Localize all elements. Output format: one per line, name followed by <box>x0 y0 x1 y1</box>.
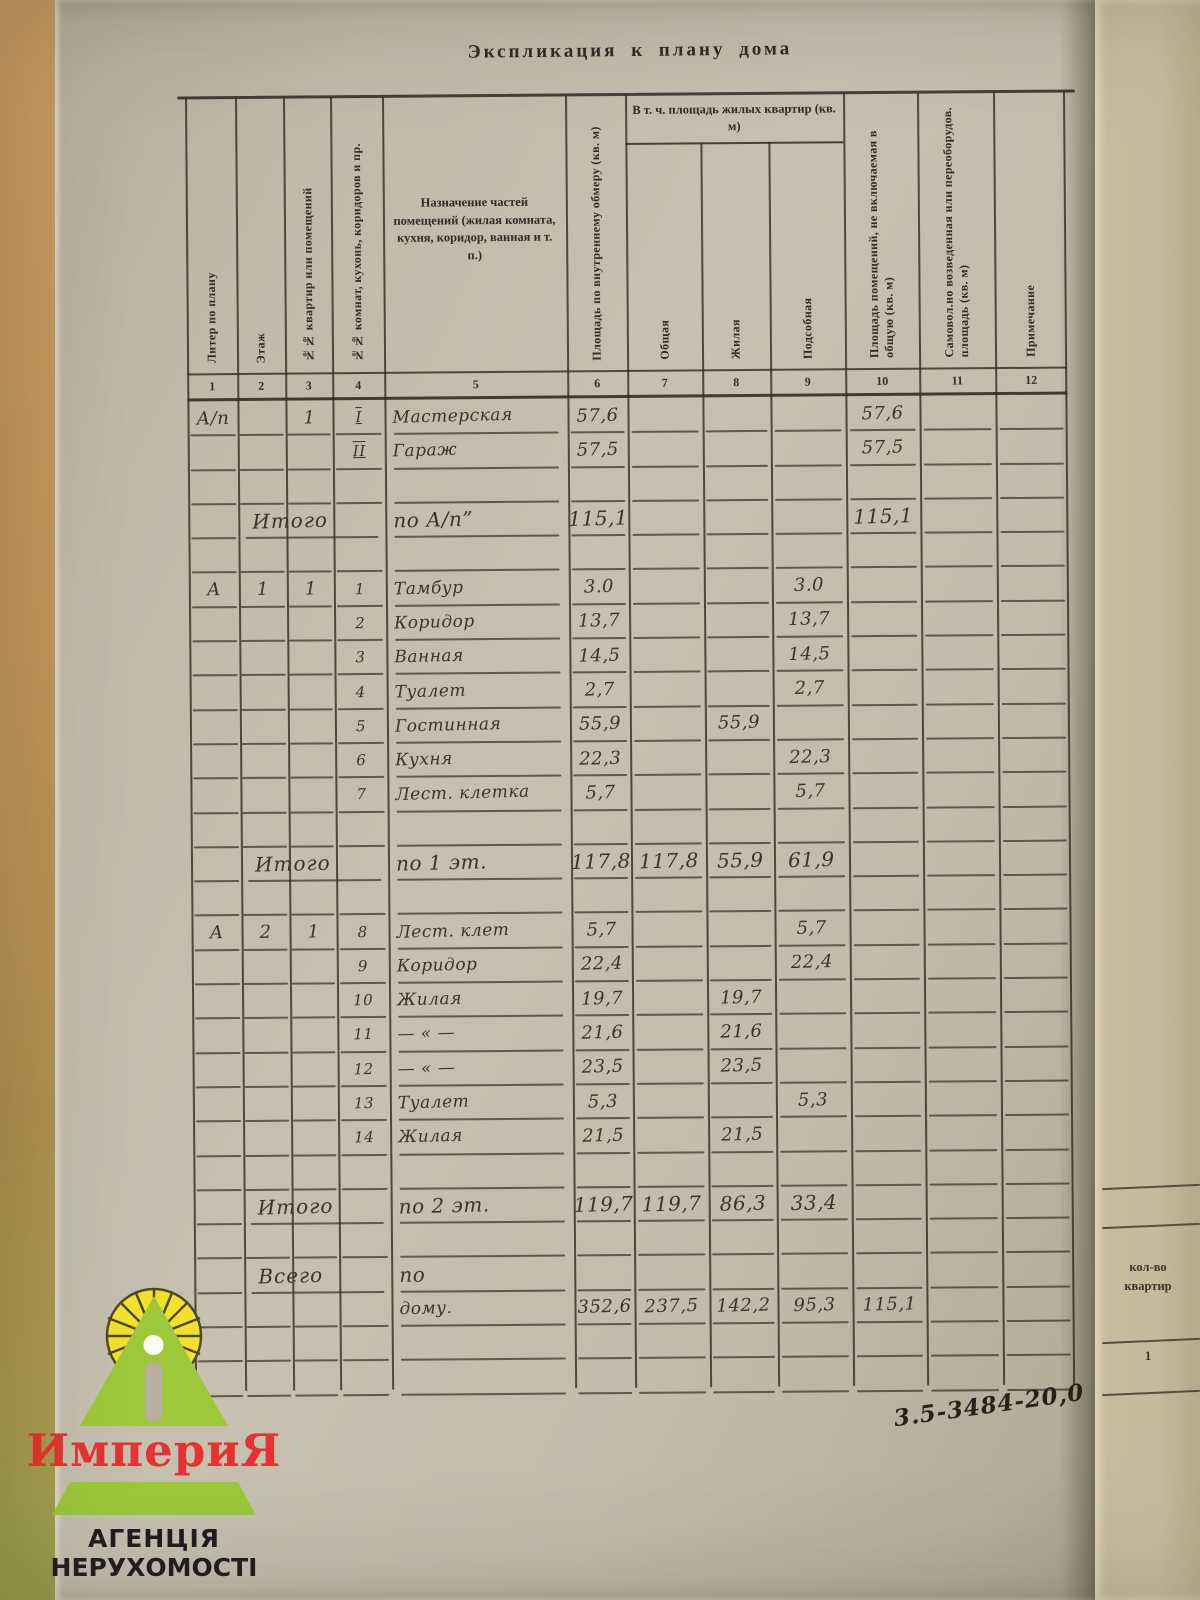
handwritten-value: 61,9 <box>788 847 835 872</box>
cell-c8-row1 <box>702 397 770 432</box>
handwritten-value: 1 <box>304 578 316 599</box>
cell-c6-row23 <box>573 1152 633 1187</box>
cell-c2-row25 <box>244 1224 292 1259</box>
cell-c12-row11 <box>998 737 1070 772</box>
cell-c3-row22 <box>291 1121 338 1156</box>
cell-c9-row16: 5,7 <box>774 911 849 946</box>
cell-c5-row1: Мастерская <box>384 398 567 434</box>
cell-c4-row5 <box>333 537 385 572</box>
cell-c8-row16 <box>706 911 774 946</box>
handwritten-value: 10 <box>353 991 374 1010</box>
cell-c6-row15 <box>571 878 631 913</box>
cell-c2-row6: 1 <box>239 572 287 607</box>
cell-c9-row11: 22,3 <box>773 739 848 774</box>
cell-c4-row1: I <box>332 400 384 435</box>
column-number: 8 <box>702 371 770 395</box>
header-unauthorized-area-label: Самовол.но возведенная или переоборудов.… <box>940 99 972 357</box>
cell-c12-row28 <box>1003 1321 1075 1356</box>
cell-c5-row15 <box>388 879 571 915</box>
logo-subtitle-line1: АГЕНЦІЯ <box>88 1524 220 1553</box>
handwritten-value: — « — <box>397 1023 455 1044</box>
cell-c4-row13 <box>336 811 388 846</box>
cell-c6-row19: 21,6 <box>572 1015 632 1050</box>
cell-c10-row25 <box>852 1219 926 1254</box>
cell-c6-row20: 23,5 <box>572 1050 632 1085</box>
cell-c11-row5 <box>920 532 996 567</box>
cell-c9-row27: 95,3 <box>777 1288 852 1323</box>
cell-c6-row29 <box>575 1358 635 1393</box>
handwritten-value: 3.0 <box>794 574 825 596</box>
handwritten-value: 237,5 <box>645 1295 700 1317</box>
cell-c12-row3 <box>996 463 1068 498</box>
cell-c2-row10 <box>240 709 288 744</box>
cell-c10-row22 <box>851 1116 925 1151</box>
cell-c10-row9 <box>848 670 922 705</box>
cell-c9-row29 <box>778 1357 853 1392</box>
logo-brand-text: ИмпериЯ <box>27 1424 282 1477</box>
cell-c7-row3 <box>628 466 703 501</box>
table-body: А/п1IМастерская57,657,6IIГараж57,557,5Ит… <box>187 395 1075 1396</box>
handwritten-value: 22,4 <box>581 953 624 975</box>
cell-c11-row29 <box>927 1355 1003 1390</box>
side-page-flat-count-value: 1 <box>1100 1348 1196 1364</box>
cell-c10-row17 <box>850 944 924 979</box>
cell-c1-row19 <box>192 1018 242 1053</box>
header-total-area-label: Общая <box>657 320 672 360</box>
header-note: Примечание <box>993 92 1067 368</box>
cell-c11-row4 <box>920 498 996 533</box>
cell-c2-row2 <box>238 435 286 470</box>
handwritten-value: 2 <box>259 922 271 943</box>
cell-c6-row1: 57,6 <box>567 398 627 433</box>
cell-c8-row28 <box>710 1323 778 1358</box>
handwritten-value: по 2 эт. <box>398 1192 489 1218</box>
cell-c9-row18 <box>775 979 850 1014</box>
column-number: 7 <box>627 371 702 395</box>
cell-c5-row23 <box>390 1153 573 1189</box>
cell-c11-row2 <box>920 429 996 464</box>
cell-c8-row27: 142,2 <box>709 1289 777 1324</box>
handwritten-value: 1 <box>307 921 319 942</box>
cell-c12-row14 <box>999 840 1071 875</box>
handwritten-value: 117,8 <box>638 848 698 874</box>
cell-c10-row12 <box>848 773 922 808</box>
handwritten-value: 3 <box>355 648 365 666</box>
cell-c5-row24: по 2 эт. <box>391 1187 574 1223</box>
cell-c1-row2 <box>188 435 238 470</box>
cell-c5-row20: — « — <box>390 1050 573 1086</box>
cell-c9-row5 <box>771 533 846 568</box>
cell-c4-row2: II <box>333 434 385 469</box>
handwritten-value: 5,7 <box>585 782 616 804</box>
cell-c3-row10 <box>288 709 335 744</box>
cell-c5-row18: Жилая <box>389 981 572 1017</box>
cell-c4-row22: 14 <box>338 1120 390 1155</box>
handwritten-value: 9 <box>358 957 368 975</box>
cell-c6-row11: 22,3 <box>570 741 630 776</box>
cell-c8-row10: 55,9 <box>705 706 773 741</box>
cell-c5-row13 <box>388 810 571 846</box>
cell-c12-row10 <box>998 703 1070 738</box>
handwritten-value: 23,5 <box>720 1055 763 1077</box>
handwritten-value: Гостинная <box>395 714 502 737</box>
handwritten-value: 4 <box>355 682 365 700</box>
cell-c7-row13 <box>631 809 706 844</box>
cell-c6-row22: 21,5 <box>573 1118 633 1153</box>
cell-c8-row29 <box>710 1357 778 1392</box>
column-number: 9 <box>770 370 845 394</box>
handwritten-value: 57,5 <box>576 439 619 461</box>
cell-c10-row8 <box>847 636 921 671</box>
cell-c8-row19: 21,6 <box>707 1014 775 1049</box>
cell-c5-row11: Кухня <box>387 741 570 777</box>
cell-c1-row20 <box>193 1053 243 1088</box>
cell-c4-row9: 4 <box>335 674 387 709</box>
cell-c9-row14: 61,9 <box>774 842 849 877</box>
cell-c1-row15 <box>191 881 241 916</box>
cell-c5-row22: Жилая <box>390 1119 573 1155</box>
handwritten-value: 19,7 <box>720 986 763 1008</box>
cell-c8-row20: 23,5 <box>707 1048 775 1083</box>
cell-c6-row16: 5,7 <box>571 912 631 947</box>
handwritten-value: Коридор <box>397 954 478 976</box>
cell-c7-row26 <box>634 1255 709 1290</box>
handwritten-value: дому. <box>399 1298 452 1319</box>
handwritten-value: 57,6 <box>576 404 619 426</box>
cell-c11-row21 <box>925 1081 1001 1116</box>
cell-c5-row10: Гостинная <box>387 707 570 743</box>
cell-c11-row1 <box>919 395 995 430</box>
cell-c5-row4: по А/п” <box>385 501 568 537</box>
cell-c9-row13 <box>774 808 849 843</box>
cell-c2-row22 <box>243 1121 291 1156</box>
handwritten-value: 33,4 <box>791 1190 838 1215</box>
cell-c11-row14 <box>923 841 999 876</box>
handwritten-value: А <box>209 922 224 943</box>
cell-c2-row20 <box>243 1052 291 1087</box>
cell-c1-row1: А/п <box>187 401 237 436</box>
cell-c3-row23 <box>291 1155 338 1190</box>
cell-c11-row3 <box>920 464 996 499</box>
cell-c12-row13 <box>999 806 1071 841</box>
cell-c7-row16 <box>631 912 706 947</box>
cell-c12-row25 <box>1002 1218 1074 1253</box>
cell-c2-row5 <box>238 538 286 573</box>
cell-c11-row27 <box>926 1287 1002 1322</box>
side-label-line1: кол-во <box>1100 1258 1196 1277</box>
cell-c7-row15 <box>631 878 706 913</box>
handwritten-value: 14,5 <box>789 643 832 665</box>
cell-c2-row18 <box>242 984 290 1019</box>
cell-c5-row19: — « — <box>389 1016 572 1052</box>
header-floor: Этаж <box>235 98 285 373</box>
handwritten-total-label: Итого <box>255 851 331 877</box>
cell-c11-row10 <box>922 704 998 739</box>
cell-c10-row10 <box>848 704 922 739</box>
column-number: 6 <box>567 372 627 395</box>
cell-c1-row9 <box>190 675 240 710</box>
cell-c2-row17 <box>242 949 290 984</box>
cell-c8-row3 <box>703 465 771 500</box>
cell-c3-row19 <box>290 1018 337 1053</box>
handwritten-value: 115,1 <box>568 506 628 532</box>
cell-c10-row23 <box>851 1150 925 1185</box>
cell-c9-row23 <box>776 1151 851 1186</box>
cell-c2-row19 <box>242 1018 290 1053</box>
cell-c10-row28 <box>853 1322 927 1357</box>
total-label-cell: Итого <box>241 846 388 881</box>
cell-c5-row27: дому. <box>391 1290 574 1326</box>
handwritten-value: 55,9 <box>716 848 763 873</box>
handwritten-total-label: Итого <box>252 508 328 534</box>
cell-c3-row18 <box>290 983 337 1018</box>
cell-c2-row15 <box>241 881 289 916</box>
cell-c12-row9 <box>998 669 1070 704</box>
cell-c11-row25 <box>926 1218 1002 1253</box>
handwritten-value: 86,3 <box>719 1190 766 1215</box>
cell-c9-row8: 14,5 <box>772 636 847 671</box>
handwritten-value: 21,5 <box>721 1123 764 1145</box>
handwritten-value: Туалет <box>394 680 466 702</box>
cell-c11-row18 <box>924 978 1000 1013</box>
cell-c10-row20 <box>850 1047 924 1082</box>
cell-c3-row17 <box>290 949 337 984</box>
cell-c9-row6: 3.0 <box>772 568 847 603</box>
cell-c9-row15 <box>774 876 849 911</box>
cell-c2-row3 <box>238 469 286 504</box>
cell-c7-row8 <box>629 637 704 672</box>
cell-c9-row28 <box>778 1322 853 1357</box>
cell-c3-row8 <box>287 640 334 675</box>
cell-c8-row15 <box>706 877 774 912</box>
cell-c7-row23 <box>633 1152 708 1187</box>
cell-c7-row20 <box>632 1049 707 1084</box>
cell-c5-row21: Туалет <box>390 1084 573 1120</box>
cell-c11-row7 <box>921 601 997 636</box>
header-room-no-label: №№ комнат, кухонь, коридоров и пр. <box>349 143 366 362</box>
cell-c1-row16: А <box>191 915 241 950</box>
cell-c7-row5 <box>628 535 703 570</box>
cell-c2-row7 <box>239 606 287 641</box>
cell-c11-row16 <box>923 910 999 945</box>
cell-c4-row29 <box>340 1360 392 1395</box>
cell-c4-row12: 7 <box>335 777 387 812</box>
cell-c2-row11 <box>240 744 288 779</box>
handwritten-value: 5,7 <box>586 919 617 941</box>
cell-c3-row13 <box>289 812 336 847</box>
cell-c10-row15 <box>849 876 923 911</box>
cell-c3-row2 <box>286 435 333 470</box>
cell-c4-row28 <box>340 1326 392 1361</box>
cell-c7-row7 <box>629 603 704 638</box>
cell-c10-row16 <box>849 910 923 945</box>
handwritten-value: 5,3 <box>588 1090 619 1112</box>
cell-c5-row12: Лест. клетка <box>387 776 570 812</box>
cell-c8-row13 <box>706 808 774 843</box>
cell-c2-row21 <box>243 1087 291 1122</box>
cell-c6-row9: 2,7 <box>570 672 630 707</box>
handwritten-value: 3.0 <box>584 576 615 598</box>
cell-c3-row1: 1 <box>285 400 332 435</box>
cell-c7-row12 <box>630 775 705 810</box>
cell-c4-row8: 3 <box>334 640 386 675</box>
handwritten-value: Коридор <box>394 611 475 633</box>
cell-c3-row5 <box>286 537 333 572</box>
cell-c1-row8 <box>189 641 239 676</box>
cell-c3-row3 <box>286 469 333 504</box>
header-purpose-label: Назначение частей помещений (жилая комна… <box>389 194 561 265</box>
cell-c9-row4 <box>771 499 846 534</box>
cell-c3-row7 <box>287 606 334 641</box>
cell-c1-row17 <box>192 950 242 985</box>
cell-c1-row10 <box>190 710 240 745</box>
handwritten-value: 142,2 <box>716 1295 771 1317</box>
handwritten-value: 7 <box>356 785 366 803</box>
cell-c1-row11 <box>190 744 240 779</box>
cell-c9-row9: 2,7 <box>773 671 848 706</box>
cell-c7-row29 <box>635 1358 710 1393</box>
handwritten-value: 1 <box>355 580 365 598</box>
cell-c5-row16: Лест. клет <box>388 913 571 949</box>
cell-c11-row22 <box>925 1115 1001 1150</box>
cell-c7-row17 <box>632 946 707 981</box>
cell-c6-row25 <box>574 1221 634 1256</box>
header-excluded-area-label: Площадь помещений, не включаемая в общую… <box>865 100 897 358</box>
handwritten-value: 22,3 <box>579 747 622 769</box>
cell-c4-row6: 1 <box>334 571 386 606</box>
cell-c8-row22: 21,5 <box>708 1117 776 1152</box>
cell-c5-row29 <box>392 1359 575 1395</box>
logo-base-bar <box>52 1482 256 1515</box>
cell-c11-row13 <box>923 807 999 842</box>
cell-c6-row12: 5,7 <box>570 775 630 810</box>
cell-c3-row16: 1 <box>289 915 336 950</box>
cell-c10-row27: 115,1 <box>852 1287 926 1322</box>
cell-c2-row16: 2 <box>241 915 289 950</box>
cell-c4-row19: 11 <box>337 1017 389 1052</box>
header-apartment-no: №№ квартир или помещений <box>283 97 332 372</box>
cell-c1-row25 <box>194 1224 244 1259</box>
cell-c10-row1: 57,6 <box>845 396 919 431</box>
handwritten-value: по <box>399 1262 426 1287</box>
cell-c1-row4 <box>188 504 238 539</box>
cell-c8-row7 <box>704 603 772 638</box>
column-number: 10 <box>845 370 919 394</box>
cell-c12-row2 <box>996 429 1068 464</box>
handwritten-value: 119,7 <box>641 1191 701 1217</box>
cell-c7-row28 <box>635 1323 710 1358</box>
cell-c12-row23 <box>1001 1149 1073 1184</box>
handwritten-value: I <box>355 408 362 426</box>
cell-c7-row9 <box>630 672 705 707</box>
cell-c6-row27: 352,6 <box>574 1290 634 1325</box>
handwritten-value: А <box>207 579 222 600</box>
cell-c9-row12: 5,7 <box>773 774 848 809</box>
side-label-line2: квартир <box>1100 1277 1196 1296</box>
cell-c5-row26: по <box>391 1256 574 1292</box>
cell-c8-row5 <box>703 534 771 569</box>
handwritten-value: Кухня <box>395 749 453 770</box>
cell-c10-row18 <box>850 979 924 1014</box>
cell-c9-row20 <box>775 1048 850 1083</box>
cell-c1-row5 <box>188 538 238 573</box>
cell-c7-row2 <box>628 432 703 467</box>
cell-c12-row26 <box>1002 1252 1074 1287</box>
cell-c12-row16 <box>999 909 1071 944</box>
cell-c7-row6 <box>629 569 704 604</box>
header-floor-label: Этаж <box>253 332 268 363</box>
cell-c5-row14: по 1 эт. <box>388 844 571 880</box>
cell-c1-row3 <box>188 470 238 505</box>
cell-c11-row15 <box>923 875 999 910</box>
cell-c9-row10 <box>773 705 848 740</box>
cell-c10-row24 <box>852 1185 926 1220</box>
cell-c10-row29 <box>853 1356 927 1391</box>
cell-c11-row23 <box>925 1150 1001 1185</box>
cell-c12-row27 <box>1002 1286 1074 1321</box>
header-auxiliary-area-label: Подсобная <box>800 297 815 359</box>
handwritten-value: 119,7 <box>574 1191 634 1217</box>
column-number: 2 <box>237 375 285 398</box>
handwritten-value: 11 <box>353 1025 374 1044</box>
handwritten-value: Жилая <box>398 1126 463 1148</box>
handwritten-value: 2 <box>355 614 365 632</box>
cell-c3-row27 <box>292 1292 339 1327</box>
handwritten-value: Гараж <box>393 440 458 462</box>
cell-c8-row14: 55,9 <box>706 843 774 878</box>
handwritten-value: 13 <box>354 1094 375 1113</box>
handwritten-value: 8 <box>357 923 367 941</box>
handwritten-value: 55,9 <box>718 712 761 734</box>
handwritten-value: 115,1 <box>853 503 913 529</box>
cell-c3-row9 <box>288 675 335 710</box>
cell-c11-row12 <box>922 772 998 807</box>
cell-c7-row18 <box>632 980 707 1015</box>
cell-c6-row2: 57,5 <box>568 432 628 467</box>
handwritten-value: по 1 эт. <box>396 849 487 875</box>
column-number: 12 <box>995 369 1067 393</box>
cell-c3-row12 <box>288 778 335 813</box>
handwritten-value: 6 <box>356 751 366 769</box>
cell-c1-row24 <box>194 1190 244 1225</box>
cell-c5-row17: Коридор <box>389 947 572 983</box>
cell-c11-row20 <box>924 1047 1000 1082</box>
column-number: 5 <box>384 372 567 396</box>
cell-c5-row25 <box>391 1222 574 1258</box>
cell-c12-row24 <box>1002 1183 1074 1218</box>
cell-c12-row17 <box>1000 943 1072 978</box>
handwritten-value: 5,3 <box>798 1089 829 1111</box>
cell-c3-row6: 1 <box>287 572 334 607</box>
cell-c10-row5 <box>846 533 920 568</box>
cell-c1-row14 <box>191 847 241 882</box>
cell-c12-row8 <box>997 635 1069 670</box>
cell-c9-row24: 33,4 <box>777 1185 852 1220</box>
cell-c3-row21 <box>291 1086 338 1121</box>
handwritten-value: Лест. клетка <box>395 782 530 805</box>
cell-c4-row18: 10 <box>337 983 389 1018</box>
cell-c12-row21 <box>1001 1080 1073 1115</box>
header-apartment-no-label: №№ квартир или помещений <box>300 187 316 362</box>
cell-c4-row7: 2 <box>334 606 386 641</box>
cell-c12-row19 <box>1000 1012 1072 1047</box>
cell-c11-row8 <box>921 635 997 670</box>
cell-c7-row24: 119,7 <box>634 1186 709 1221</box>
cell-c6-row24: 119,7 <box>574 1187 634 1222</box>
cell-c8-row18: 19,7 <box>707 980 775 1015</box>
handwritten-value: 2,7 <box>795 677 826 699</box>
cell-c11-row6 <box>921 567 997 602</box>
